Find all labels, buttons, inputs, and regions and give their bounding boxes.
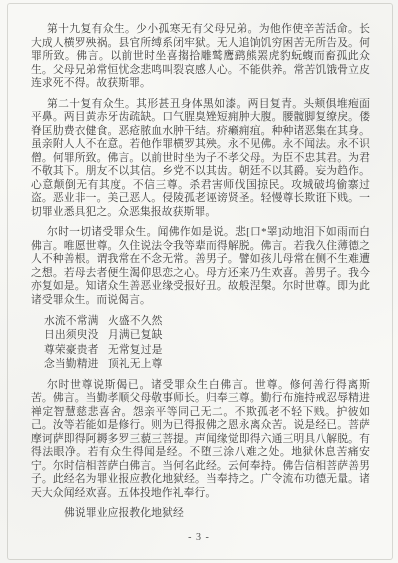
verse-phrase: 水流不常满 [44, 314, 108, 328]
paragraph-closing-practice: 尔时世尊说斯偈已。诸受罪众生白佛言。世尊。修何善行得离斯苦。佛言。当勤孝顺父母敬… [31, 379, 370, 501]
scanned-sutra-page: 第十九复有众生。少小孤寒无有父母兄弟。为他作使辛苦活命。长大成人横罗殃祸。县官所… [0, 0, 398, 563]
gatha-verse-block: 水流不常满 火盛不久然 日出须臾没 月满已复缺 尊荣豪贵者 无常复过是 念当勤精… [44, 314, 370, 372]
verse-phrase: 尊荣豪贵者 [44, 343, 108, 357]
verse-line: 尊荣豪贵者 无常复过是 [44, 343, 370, 357]
verse-line: 念当勤精进 顶礼无上尊 [44, 357, 370, 371]
verse-phrase: 无常复过是 [108, 343, 162, 357]
verse-phrase: 月满已复缺 [108, 328, 162, 342]
paragraph-beings-plea: 尔时一切诸受罪众生。闻佛作如是说。悲[口*睪]动地泪下如雨而白佛言。唯愿世尊。久… [31, 226, 370, 307]
verse-phrase: 念当勤精进 [44, 357, 108, 371]
sutra-body-text: 第十九复有众生。少小孤寒无有父母兄弟。为他作使辛苦活命。长大成人横罗殃祸。县官所… [31, 23, 370, 521]
verse-line: 水流不常满 火盛不久然 [44, 314, 370, 328]
paragraph-twentieth: 第二十复有众生。其形甚丑身体黑如漆。两目复青。头颊俱堆疱面平鼻。两目黄赤牙齿疏缺… [31, 98, 370, 220]
sutra-end-title: 佛说罪业应报教化地狱经 [31, 507, 370, 521]
verse-phrase: 火盛不久然 [108, 314, 162, 328]
page-number: - 3 - [0, 532, 398, 543]
verse-line: 日出须臾没 月满已复缺 [44, 328, 370, 342]
verse-phrase: 日出须臾没 [44, 328, 108, 342]
verse-phrase: 顶礼无上尊 [108, 357, 162, 371]
paragraph-nineteenth: 第十九复有众生。少小孤寒无有父母兄弟。为他作使辛苦活命。长大成人横罗殃祸。县官所… [31, 23, 370, 91]
